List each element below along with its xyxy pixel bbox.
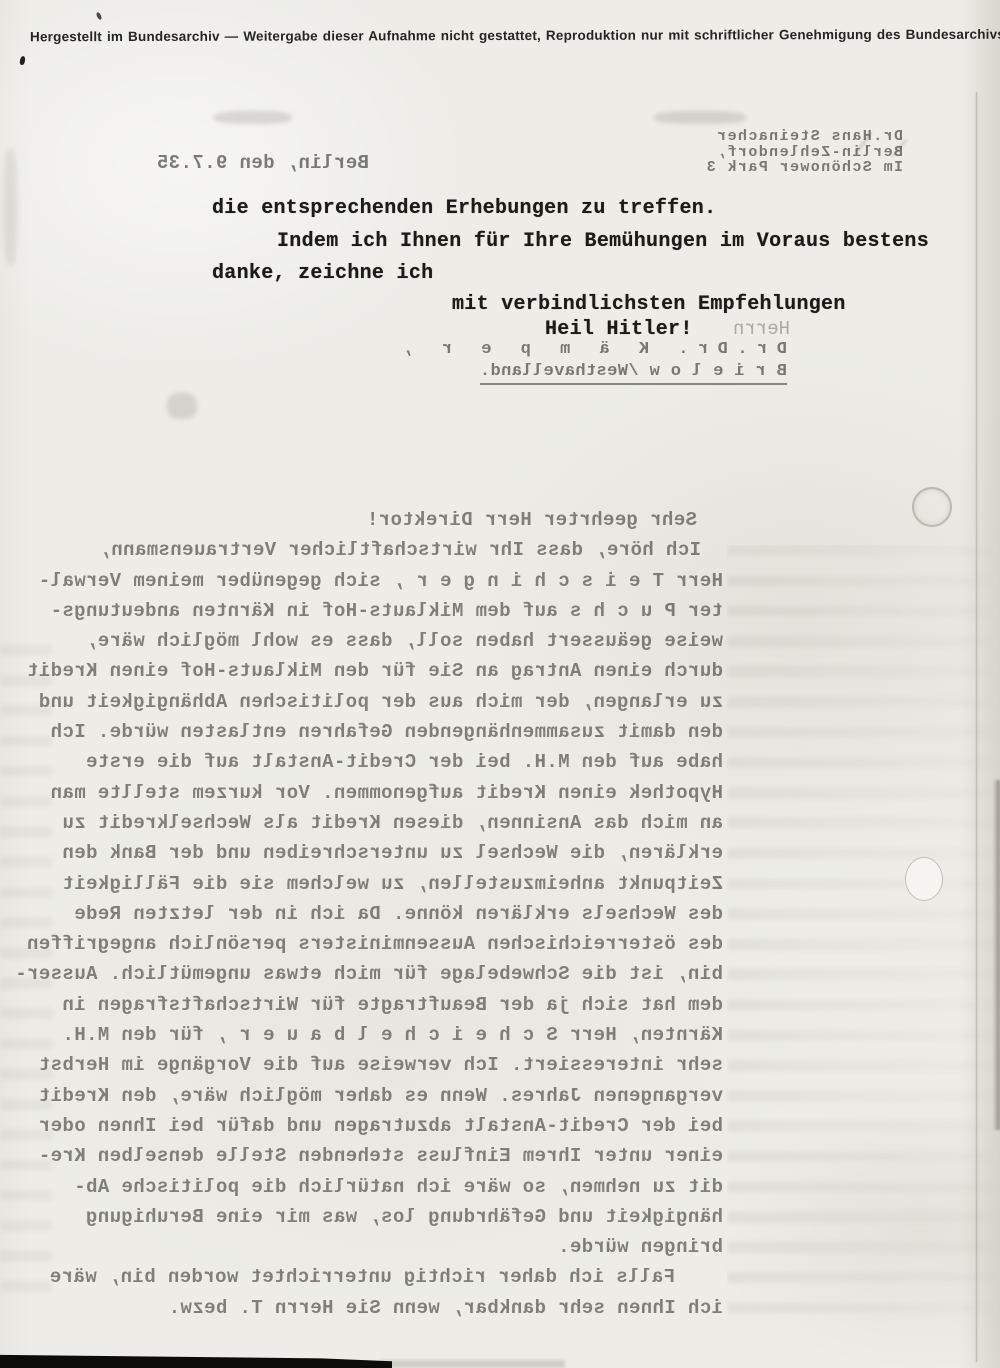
- punch-hole-mark: [912, 487, 952, 527]
- letter-line: mit verbindlichsten Empfehlungen: [452, 293, 846, 316]
- bleed-body-line: bei der Credit-Anstalt abzutragen und da…: [27, 1111, 723, 1141]
- bundesarchiv-copyright-line: Hergestellt im Bundesarchiv — Weitergabe…: [30, 27, 990, 45]
- faint-bleed-ghost-column: [727, 545, 995, 1320]
- bleed-body-line: bin, ist die Schwebelage für mich etwas …: [27, 959, 723, 989]
- black-masking-bar: [0, 1352, 392, 1368]
- letter-line: danke, zeichne ich: [212, 262, 433, 285]
- letter-line: die entsprechenden Erhebungen zu treffen…: [212, 197, 716, 220]
- bleed-body-line: hängigkeit und Gefährdung los, was mir e…: [27, 1202, 723, 1232]
- pencil-smudge: [167, 393, 197, 419]
- punch-hole-mark: [905, 857, 943, 901]
- bleed-body-line: Falls ich daher richtig unterrichtet wor…: [27, 1262, 723, 1292]
- bleed-body-line: Zeitpunkt anheimzustellen, zu welchem si…: [27, 869, 723, 899]
- bleed-smudge: [654, 111, 746, 124]
- bleed-body-line: zu erlangen, der mich aus der politische…: [27, 687, 723, 717]
- bleed-body-line: sehr interessiert. Ich verweise auf die …: [27, 1050, 723, 1080]
- bleedthrough-dateline: Berlin, den 9.7.35: [153, 152, 369, 174]
- bleed-body-line: Kärnten, Herr S c h e i c h e l b a u e …: [27, 1020, 723, 1050]
- bleed-body-line: weise geäussert haben soll, dass es wohl…: [27, 626, 723, 656]
- bleed-body-line: durch einen Antrag an Sie für den Miklau…: [27, 656, 723, 686]
- recipient-address: B r i e l o w /Westhavelland.: [480, 361, 787, 385]
- bar-smear: [380, 1360, 565, 1368]
- bleedthrough-recipient-block: Dr.Dr. K ä m p e r , B r i e l o w /West…: [335, 339, 787, 385]
- scanned-letter-page: Hergestellt im Bundesarchiv — Weitergabe…: [0, 0, 1000, 1368]
- bleed-body-line: dem hat sich ja der Beauftragte für Wirt…: [27, 990, 723, 1020]
- bleedthrough-recipient-salutation: Herrn: [720, 318, 790, 340]
- ink-speck: [19, 56, 26, 66]
- sender-line: Berlin-Zehlendorf,: [633, 145, 903, 161]
- bleedthrough-sender-block: Dr.Hans Steinacher Berlin-Zehlendorf, Im…: [633, 129, 903, 176]
- bleedthrough-body-block: Sehr geehrter Herr Direktor! Ich höre, d…: [27, 505, 723, 1323]
- bleed-body-line: erklären, die Wechsel zu unterschreiben …: [27, 838, 723, 868]
- bleed-body-line: an mich das Ansinnen, diesen Kredit als …: [27, 808, 723, 838]
- faint-bleed-ghost-column: [0, 645, 52, 1310]
- margin-smudge: [4, 148, 17, 266]
- bleed-body-line: Herr T e i s c h i n g e r , sich gegenü…: [27, 566, 723, 596]
- scan-edge-shadow: [993, 780, 1000, 1130]
- bleed-body-line: vergangenen Jahres. Wenn es daher möglic…: [27, 1081, 723, 1111]
- bleed-body-line: ich Ihnen sehr dankbar, wenn Sie Herrn T…: [27, 1293, 723, 1323]
- bleed-body-line: Ich höre, dass Ihr wirtschaftlicher Vert…: [27, 535, 723, 565]
- paper-crease-line: [976, 92, 977, 1362]
- bleed-smudge: [214, 111, 292, 124]
- recipient-name: Dr.Dr. K ä m p e r ,: [335, 339, 787, 360]
- bleed-body-line: einer unter Ihrem Einfluss stehenden Ste…: [27, 1141, 723, 1171]
- bleed-body-line: bringen würde.: [27, 1232, 723, 1262]
- bleed-body-line: dit zu nehmen, so wäre ich natürlich die…: [27, 1172, 723, 1202]
- letter-line: Indem ich Ihnen für Ihre Bemühungen im V…: [277, 230, 929, 253]
- sender-line: Dr.Hans Steinacher: [633, 129, 903, 145]
- bleed-body-line: Sehr geehrter Herr Direktor!: [27, 505, 723, 535]
- ink-speck: [95, 12, 102, 21]
- letter-closing-line: Heil Hitler!: [545, 318, 693, 341]
- bleed-body-line: habe auf den M.H. bei der Credit-Anstalt…: [27, 747, 723, 777]
- sender-line: Im Schönower Park 3: [633, 160, 903, 176]
- bleed-body-line: des österreichischen Aussenministers per…: [27, 929, 723, 959]
- bleed-body-line: ter P u c h s auf dem Miklauts-Hof in Kä…: [27, 596, 723, 626]
- bleed-body-line: Hypothek einen Kredit aufgenommen. Vor k…: [27, 778, 723, 808]
- bleed-body-line: des Wechsels erklären könne. Da ich in d…: [27, 899, 723, 929]
- bleed-body-line: den damit zusammenhängenden Gefahren ent…: [27, 717, 723, 747]
